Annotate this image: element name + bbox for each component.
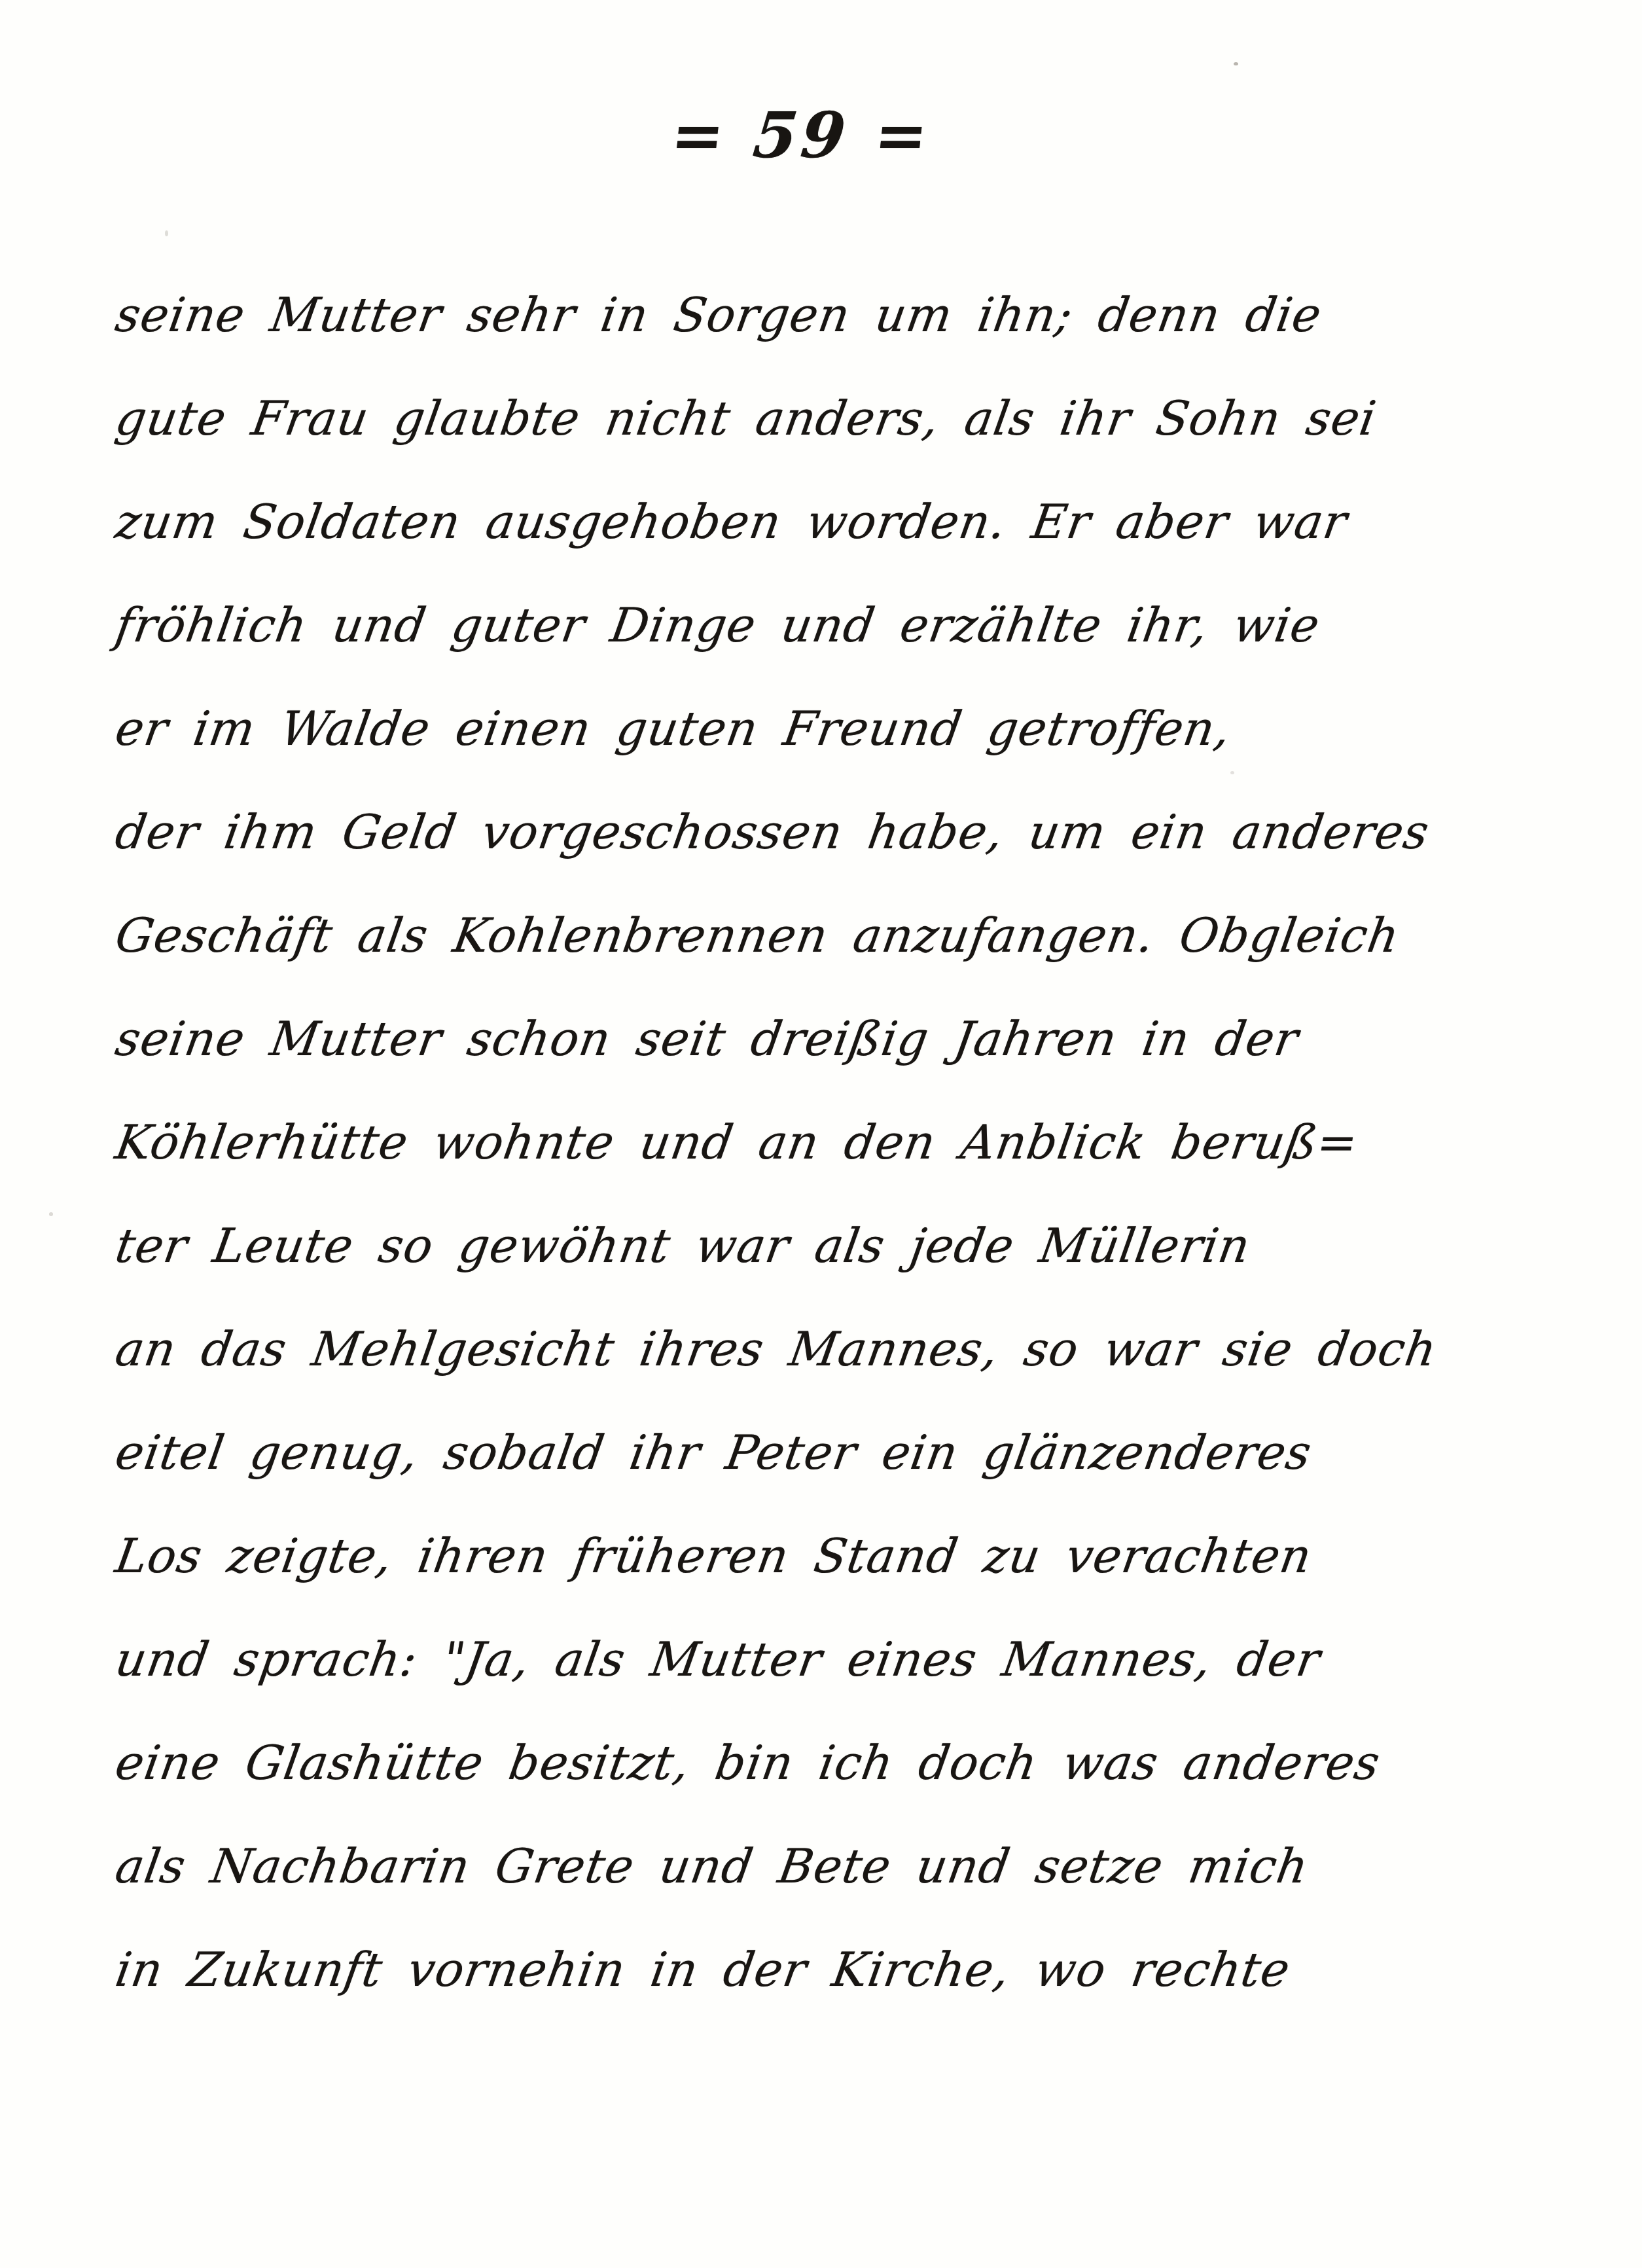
manuscript-line: er im Walde einen guten Freund getroffen…: [108, 677, 1527, 780]
manuscript-line: und sprach: "Ja, als Mutter eines Mannes…: [108, 1608, 1527, 1711]
manuscript-line: Los zeigte, ihren früheren Stand zu vera…: [108, 1504, 1527, 1608]
manuscript-line: seine Mutter schon seit dreißig Jahren i…: [108, 987, 1527, 1090]
manuscript-line: der ihm Geld vorgeschossen habe, um ein …: [108, 780, 1527, 884]
paper-speck: [1230, 771, 1234, 774]
manuscript-line: als Nachbarin Grete und Bete und setze m…: [108, 1814, 1527, 1918]
manuscript-line: seine Mutter sehr in Sorgen um ihn; denn…: [108, 263, 1527, 367]
manuscript-line: an das Mehlgesicht ihres Mannes, so war …: [108, 1297, 1527, 1401]
manuscript-line: fröhlich und guter Dinge und erzählte ih…: [108, 573, 1527, 677]
manuscript-text: seine Mutter sehr in Sorgen um ihn; denn…: [108, 263, 1511, 2021]
paper-speck: [49, 1212, 53, 1216]
paper-speck: [165, 230, 168, 236]
manuscript-line: ter Leute so gewöhnt war als jede Müller…: [108, 1194, 1527, 1297]
paper-speck: [1234, 62, 1238, 65]
manuscript-line: Geschäft als Kohlenbrennen anzufangen. O…: [108, 884, 1527, 987]
manuscript-line: gute Frau glaubte nicht anders, als ihr …: [108, 367, 1527, 470]
manuscript-line: Köhlerhütte wohnte und an den Anblick be…: [108, 1090, 1527, 1194]
manuscript-line: eitel genug, sobald ihr Peter ein glänze…: [108, 1401, 1527, 1504]
manuscript-line: eine Glashütte besitzt, bin ich doch was…: [108, 1711, 1527, 1814]
manuscript-line: zum Soldaten ausgehoben worden. Er aber …: [108, 470, 1527, 573]
page-number: = 59 =: [668, 98, 935, 172]
manuscript-page: = 59 = seine Mutter sehr in Sorgen um ih…: [0, 0, 1642, 2268]
manuscript-line: in Zukunft vornehin in der Kirche, wo re…: [108, 1918, 1527, 2021]
